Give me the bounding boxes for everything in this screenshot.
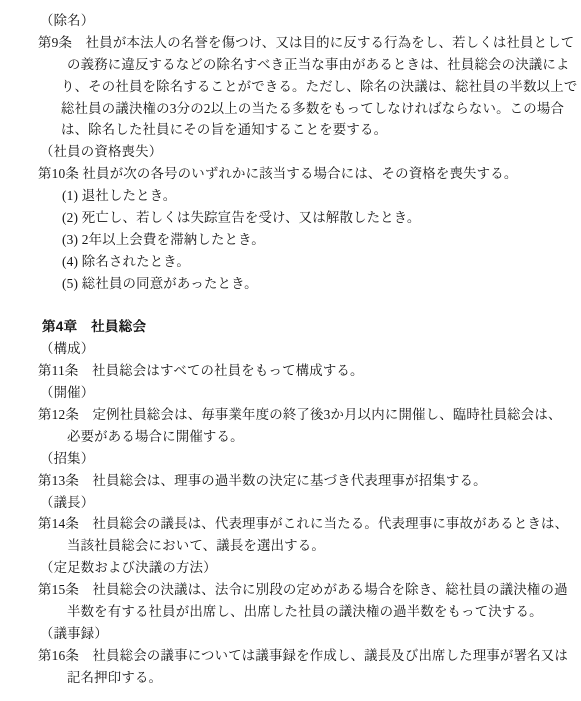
document-line-cont2: の義務に違反するなどの除名すべき正当な事由があるときは、社員総会の決議によ	[67, 54, 581, 76]
document-line-section-heading: （社員の資格喪失）	[40, 141, 581, 163]
document-line-article: 第9条 社員が本法人の名誉を傷つけ、又は目的に反する行為をし、若しくは社員として	[38, 32, 581, 54]
document-line-section-heading: （定足数および決議の方法）	[40, 557, 581, 579]
document-line-item: (1) 退社したとき。	[62, 185, 581, 207]
document-line-chapter-heading: 第4章 社員総会	[42, 316, 581, 338]
document-line-cont2: 半数を有する社員が出席し、出席した社員の議決権の過半数をもって決する。	[67, 601, 581, 623]
document-line-article: 第12条 定例社員総会は、毎事業年度の終了後3か月以内に開催し、臨時社員総会は、	[38, 404, 581, 426]
document-line-article: 第16条 社員総会の議事については議事録を作成し、議長及び出席した理事が署名又は	[38, 645, 581, 667]
document-line-cont2: 記名押印する。	[67, 667, 581, 689]
document-line-item: (3) 2年以上会費を滞納したとき。	[62, 229, 581, 251]
document-line-section-heading: （議長）	[40, 492, 581, 514]
document-line-cont: り、その社員を除名することができる。ただし、除名の決議は、総社員の半数以上で	[61, 76, 581, 98]
document-page: （除名）第9条 社員が本法人の名誉を傷つけ、又は目的に反する行為をし、若しくは社…	[0, 0, 581, 701]
document-line-item: (5) 総社員の同意があったとき。	[62, 273, 581, 295]
document-line-article: 第10条 社員が次の各号のいずれかに該当する場合には、その資格を喪失する。	[38, 163, 581, 185]
document-line-article: 第14条 社員総会の議長は、代表理事がこれに当たる。代表理事に事故があるときは、	[38, 513, 581, 535]
document-line-article: 第13条 社員総会は、理事の過半数の決定に基づき代表理事が招集する。	[38, 470, 581, 492]
document-line-item: (4) 除名されたとき。	[62, 251, 581, 273]
document-line-cont2: 必要がある場合に開催する。	[67, 426, 581, 448]
document-line-section-heading: （議事録）	[40, 623, 581, 645]
document-line-section-heading: （招集）	[40, 448, 581, 470]
document-line-article: 第15条 社員総会の決議は、法令に別段の定めがある場合を除き、総社員の議決権の過	[38, 579, 581, 601]
document-line-cont: は、除名した社員にその旨を通知することを要する。	[61, 119, 581, 141]
document-line-blank	[0, 295, 581, 317]
document-body: （除名）第9条 社員が本法人の名誉を傷つけ、又は目的に反する行為をし、若しくは社…	[0, 10, 581, 689]
document-line-section-heading: （構成）	[40, 338, 581, 360]
document-line-cont: 総社員の議決権の3分の2以上の当たる多数をもってしなければならない。この場合	[61, 98, 581, 120]
document-line-section-heading: （除名）	[40, 10, 581, 32]
document-line-item: (2) 死亡し、若しくは失踪宣告を受け、又は解散したとき。	[62, 207, 581, 229]
document-line-article: 第11条 社員総会はすべての社員をもって構成する。	[38, 360, 581, 382]
document-line-cont2: 当該社員総会において、議長を選出する。	[67, 535, 581, 557]
document-line-section-heading: （開催）	[40, 382, 581, 404]
